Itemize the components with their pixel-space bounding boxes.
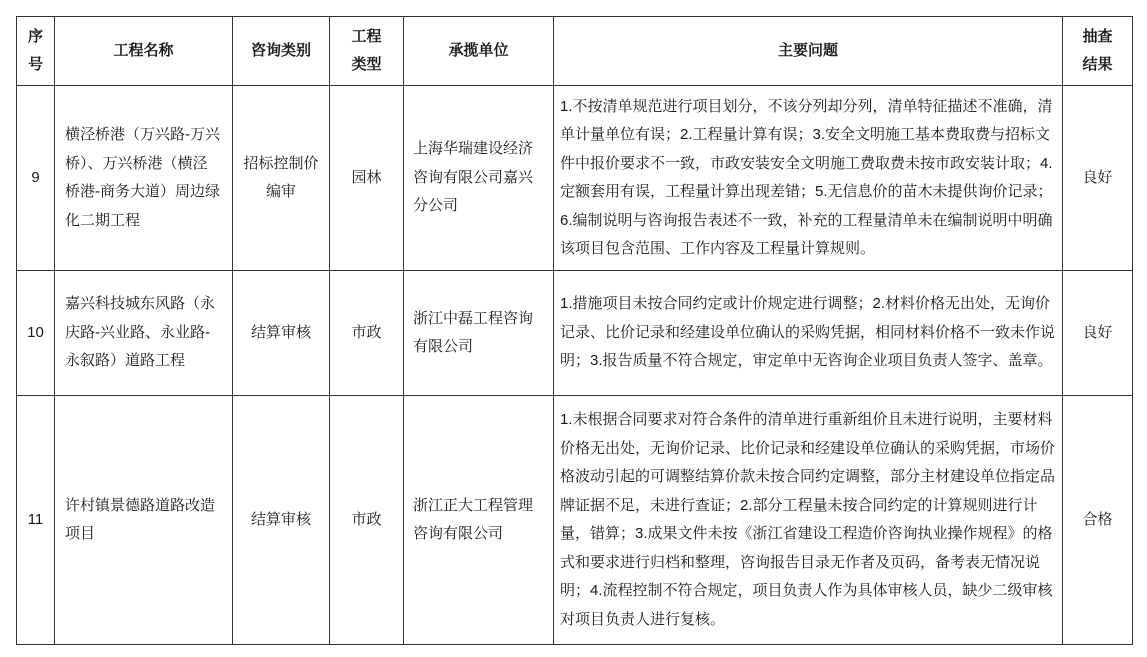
col-header-main-issues: 主要问题 [554, 17, 1063, 86]
col-header-project-type: 工程 类型 [330, 17, 404, 86]
serial-no-cell: 10 [17, 271, 55, 396]
project-name-cell: 横泾桥港（万兴路-万兴桥）、万兴桥港（横泾桥港-商务大道）周边绿化二期工程 [55, 86, 233, 271]
contractor-cell: 浙江中磊工程咨询有限公司 [404, 271, 554, 396]
table-row: 9 横泾桥港（万兴路-万兴桥）、万兴桥港（横泾桥港-商务大道）周边绿化二期工程 … [17, 86, 1133, 271]
consult-category-cell: 结算审核 [233, 396, 330, 645]
serial-no-cell: 9 [17, 86, 55, 271]
check-result-cell: 合格 [1063, 396, 1133, 645]
inspection-results-table: 序 号 工程名称 咨询类别 工程 类型 承揽单位 主要问题 抽查 结果 9 横泾… [16, 16, 1133, 645]
main-issues-cell: 1.措施项目未按合同约定或计价规定进行调整；2.材料价格无出处，无询价记录、比价… [554, 271, 1063, 396]
main-issues-cell: 1.不按清单规范进行项目划分，不该分列却分列，清单特征描述不准确，清单计量单位有… [554, 86, 1063, 271]
table-row: 10 嘉兴科技城东风路（永庆路-兴业路、永业路-永叙路）道路工程 结算审核 市政… [17, 271, 1133, 396]
table-header-row: 序 号 工程名称 咨询类别 工程 类型 承揽单位 主要问题 抽查 结果 [17, 17, 1133, 86]
main-issues-cell: 1.未根据合同要求对符合条件的清单进行重新组价且未进行说明，主要材料价格无出处，… [554, 396, 1063, 645]
table-row: 11 许村镇景德路道路改造项目 结算审核 市政 浙江正大工程管理咨询有限公司 1… [17, 396, 1133, 645]
project-type-cell: 市政 [330, 271, 404, 396]
project-type-cell: 市政 [330, 396, 404, 645]
col-header-consult-category: 咨询类别 [233, 17, 330, 86]
project-name-cell: 许村镇景德路道路改造项目 [55, 396, 233, 645]
col-header-contractor: 承揽单位 [404, 17, 554, 86]
project-type-cell: 园林 [330, 86, 404, 271]
check-result-cell: 良好 [1063, 271, 1133, 396]
col-header-project-name: 工程名称 [55, 17, 233, 86]
serial-no-cell: 11 [17, 396, 55, 645]
consult-category-cell: 招标控制价编审 [233, 86, 330, 271]
check-result-cell: 良好 [1063, 86, 1133, 271]
col-header-serial-no: 序 号 [17, 17, 55, 86]
contractor-cell: 上海华瑞建设经济咨询有限公司嘉兴分公司 [404, 86, 554, 271]
consult-category-cell: 结算审核 [233, 271, 330, 396]
document-page: 序 号 工程名称 咨询类别 工程 类型 承揽单位 主要问题 抽查 结果 9 横泾… [0, 0, 1147, 657]
contractor-cell: 浙江正大工程管理咨询有限公司 [404, 396, 554, 645]
project-name-cell: 嘉兴科技城东风路（永庆路-兴业路、永业路-永叙路）道路工程 [55, 271, 233, 396]
col-header-check-result: 抽查 结果 [1063, 17, 1133, 86]
